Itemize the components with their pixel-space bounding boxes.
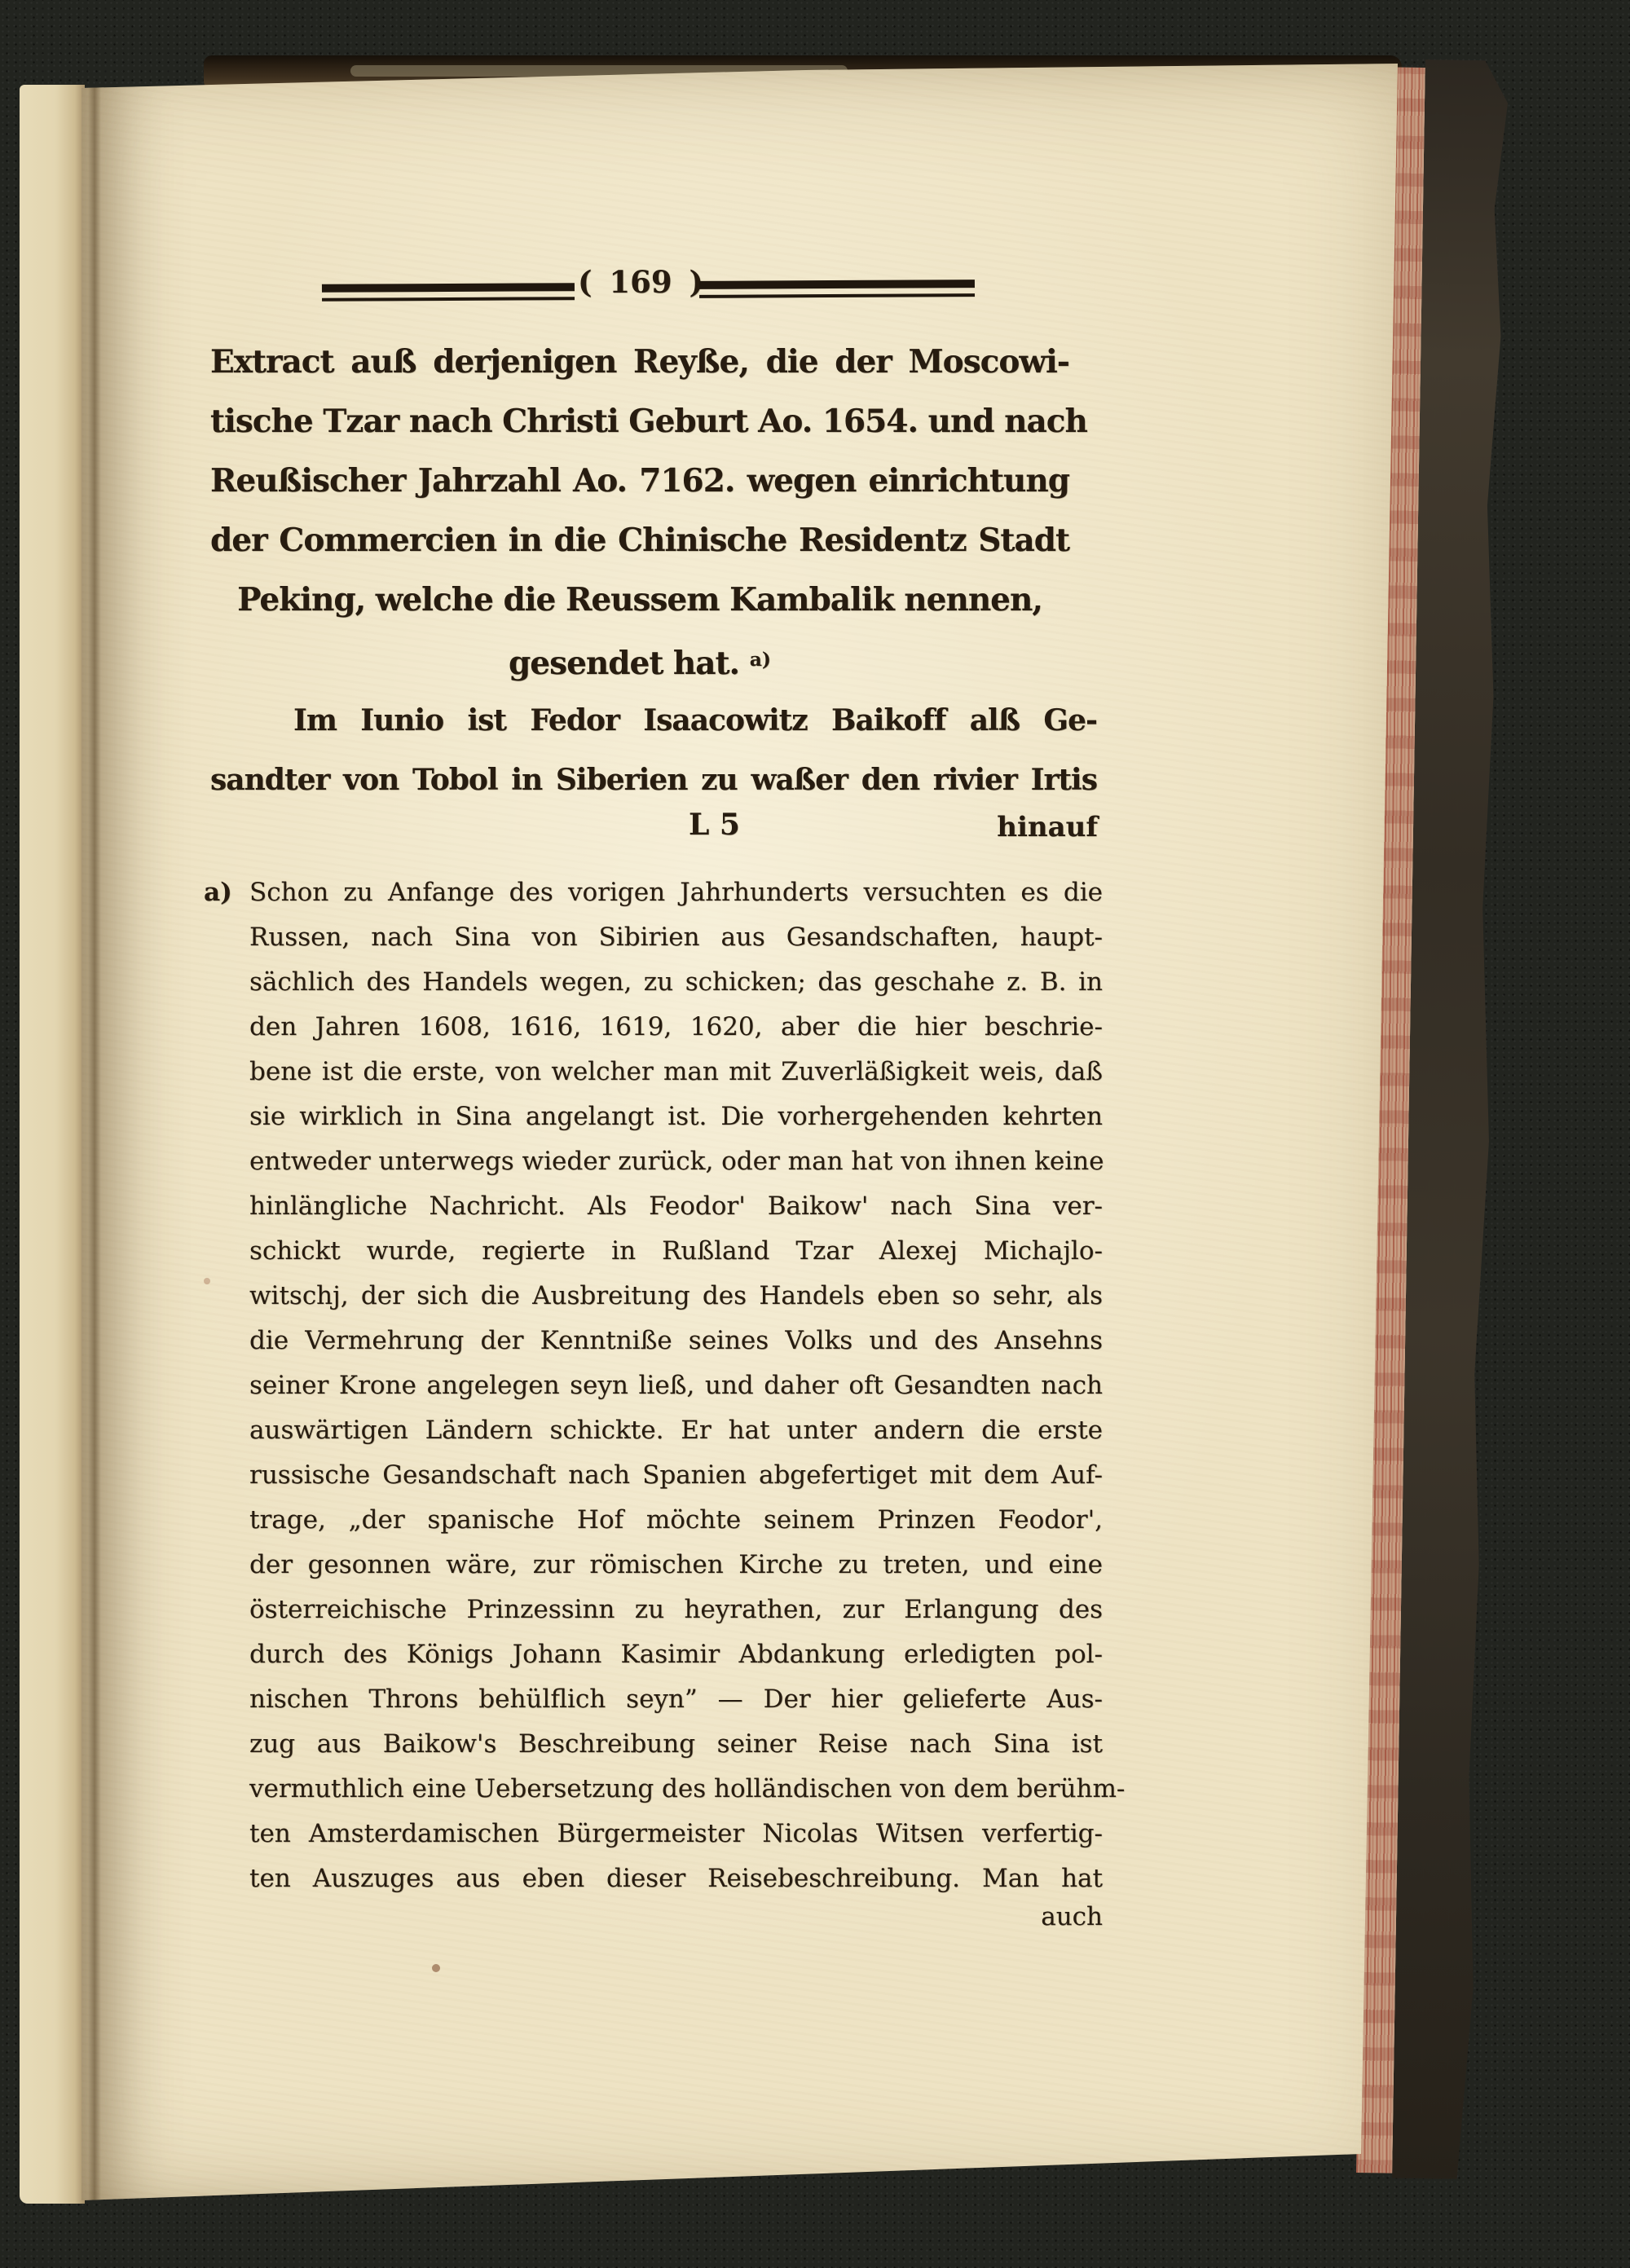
title-heading: Extract auß derjenigen Reyße, die der Mo…	[210, 332, 1069, 689]
heading-line: Extract auß derjenigen Reyße, die der Mo…	[210, 332, 1069, 392]
paper-stain	[432, 1964, 440, 1972]
heading-line: der Commercien in die Chinische Resident…	[210, 511, 1069, 570]
signature-mark: L 5	[689, 808, 740, 842]
footnote-line: ten Amsterdamischen Bürgermeister Nicola…	[204, 1812, 1103, 1856]
footnote-line: sie wirklich in Sina angelangt ist. Die …	[204, 1094, 1103, 1139]
body-text: Im Iunio ist Fedor Isaacowitz Baikoff al…	[210, 691, 1097, 810]
footnote-line: ten Auszuges aus eben dieser Reisebeschr…	[204, 1856, 1103, 1901]
footnote-line: a) Schon zu Anfange des vorigen Jahrhund…	[204, 870, 1103, 915]
footnote-text: Schon zu Anfange des vorigen Jahrhundert…	[249, 870, 1103, 915]
footnote: a) Schon zu Anfange des vorigen Jahrhund…	[204, 870, 1103, 1901]
heading-line-last: gesendet hat. a)	[210, 630, 1069, 689]
heading-line: Reußischer Jahrzahl Ao. 7162. wegen einr…	[210, 451, 1069, 511]
previous-page-edge	[20, 85, 85, 2204]
footnote-line: auswärtigen Ländern schickte. Er hat unt…	[204, 1408, 1103, 1453]
catchword: hinauf	[974, 811, 1098, 843]
catchword: auch	[896, 1902, 1103, 1931]
book-scan-scene: ( 169 ) Extract auß derjenigen Reyße, di…	[0, 0, 1630, 2268]
footnote-marker: a)	[204, 870, 249, 915]
footnote-line: hinlängliche Nachricht. Als Feodor' Baik…	[204, 1184, 1103, 1229]
heading-line: tische Tzar nach Christi Geburt Ao. 1654…	[210, 392, 1069, 451]
gutter-crease	[88, 64, 101, 2200]
footnote-line: witschj, der sich die Ausbreitung des Ha…	[204, 1274, 1103, 1319]
footnote-line: schickt wurde, regierte in Rußland Tzar …	[204, 1229, 1103, 1274]
header-rule-left	[322, 283, 575, 302]
heading-text: gesendet hat.	[509, 645, 739, 682]
footnote-line: vermuthlich eine Uebersetzung des hollän…	[204, 1767, 1103, 1812]
footnote-line: der gesonnen wäre, zur römischen Kirche …	[204, 1543, 1103, 1588]
footnote-line: Russen, nach Sina von Sibirien aus Gesan…	[204, 915, 1103, 960]
header-rule-right	[699, 280, 975, 298]
footnote-line: durch des Königs Johann Kasimir Abdankun…	[204, 1632, 1103, 1677]
heading-line: Peking, welche die Reussem Kambalik nenn…	[210, 570, 1069, 630]
footnote-line: österreichische Prinzessinn zu heyrathen…	[204, 1588, 1103, 1632]
footnote-line: sächlich des Handels wegen, zu schicken;…	[204, 960, 1103, 1005]
footnote-line: bene ist die erste, von welcher man mit …	[204, 1050, 1103, 1094]
footnote-reference: a)	[750, 648, 771, 671]
footnote-line: zug aus Baikow's Beschreibung seiner Rei…	[204, 1722, 1103, 1767]
footnote-line: nischen Throns behülflich seyn” — Der hi…	[204, 1677, 1103, 1722]
footnote-line: entweder unterwegs wieder zurück, oder m…	[204, 1139, 1103, 1184]
scanned-page: ( 169 ) Extract auß derjenigen Reyße, di…	[81, 64, 1398, 2200]
footnote-line: den Jahren 1608, 1616, 1619, 1620, aber …	[204, 1005, 1103, 1050]
footnote-line: die Vermehrung der Kenntniße seines Volk…	[204, 1319, 1103, 1363]
footnote-line: russische Gesandschaft nach Spanien abge…	[204, 1453, 1103, 1498]
body-line: Im Iunio ist Fedor Isaacowitz Baikoff al…	[210, 691, 1097, 751]
body-line: sandter von Tobol in Siberien zu waßer d…	[210, 751, 1097, 810]
footnote-line: seiner Krone angelegen seyn ließ, und da…	[204, 1363, 1103, 1408]
footnote-line: trage, „der spanische Hof möchte seinem …	[204, 1498, 1103, 1543]
